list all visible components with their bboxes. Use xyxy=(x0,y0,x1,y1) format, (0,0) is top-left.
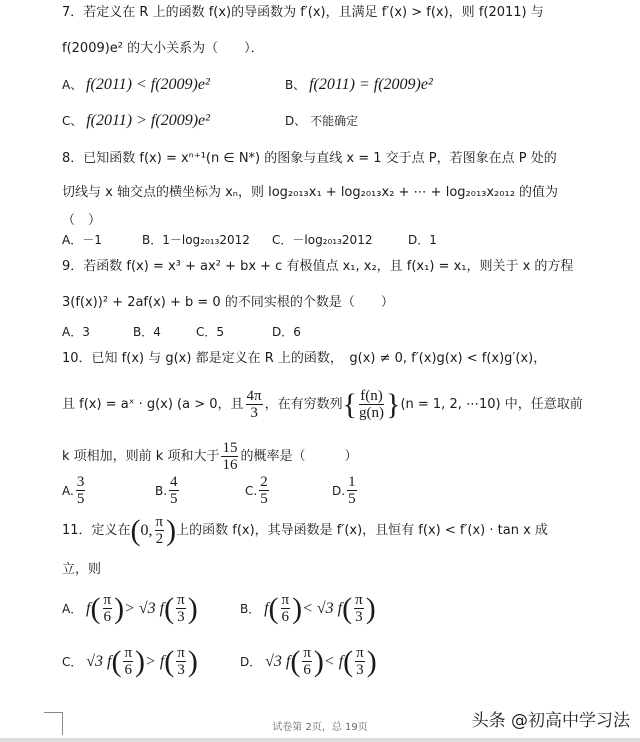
q9-stem-line2: 3(f(x))² + 2af(x) + b = 0 的不同实根的个数是（ ） xyxy=(62,294,394,312)
q8-stem-line1: 8．已知函数 f(x) = xⁿ⁺¹(n ∈ N*) 的图象与直线 x = 1 … xyxy=(62,150,557,168)
q7-option-d: D、 不能确定 xyxy=(285,112,358,130)
q10-option-a: A.35 xyxy=(62,474,87,507)
q8-stem-line2: 切线与 x 轴交点的横坐标为 xₙ，则 log₂₀₁₃x₁ + log₂₀₁₃x… xyxy=(62,184,558,202)
fraction-4pi-over-3: 4π3 xyxy=(246,388,263,421)
q11-option-c: C． √3 f (π6) > f (π3) xyxy=(62,645,198,678)
fraction-15-over-16: 1516 xyxy=(221,440,238,473)
q8-stem-line3: （ ） xyxy=(62,212,101,230)
fraction-fn-over-gn: f(n)g(n) xyxy=(359,388,384,421)
q8-option-b: B．1－log₂₀₁₃2012 xyxy=(142,231,250,249)
q9-option-d: D．6 xyxy=(272,323,301,341)
q7-stem-line1: 7．若定义在 R 上的函数 f(x)的导函数为 f′(x)，且满足 f′(x) … xyxy=(62,4,544,22)
q8-option-a: A．－1 xyxy=(62,231,102,249)
q11-option-a: A． f (π6) > √3 f (π3) xyxy=(62,592,198,625)
q10-stem-line2: 且 f(x) = aˣ · g(x) (a > 0，且 4π3 ，在有穷数列 {… xyxy=(62,388,583,421)
q10-stem-line1: 10．已知 f(x) 与 g(x) 都是定义在 R 上的函数， g(x) ≠ 0… xyxy=(62,350,546,368)
q9-option-c: C．5 xyxy=(196,323,224,341)
q11-option-b: B． f (π6) < √3 f (π3) xyxy=(240,592,376,625)
q11-option-d: D． √3 f (π6) < f (π3) xyxy=(240,645,377,678)
q11-stem-line2: 立，则 xyxy=(62,561,101,579)
q10-stem-line3: k 项相加，则前 k 项和大于 1516 的概率是（ ） xyxy=(62,440,357,473)
q10-option-d: D.15 xyxy=(332,474,359,507)
q8-option-d: D．1 xyxy=(408,231,437,249)
q10-option-b: B.45 xyxy=(155,474,181,507)
page-bottom-edge xyxy=(0,738,640,742)
q7-option-a: A、 f(2011) < f(2009)e² xyxy=(62,76,210,94)
fraction-pi-over-2: π2 xyxy=(155,514,165,547)
q7-option-b: B、 f(2011) = f(2009)e² xyxy=(285,76,433,94)
q7-stem-line2: f(2009)e² 的大小关系为（ ）． xyxy=(62,40,264,58)
q9-stem-line1: 9．若函数 f(x) = x³ + ax² + bx + c 有极值点 x₁, … xyxy=(62,258,573,276)
watermark: 头条 @初高中学习法 xyxy=(472,706,630,731)
q9-option-a: A．3 xyxy=(62,323,90,341)
q8-option-c: C．－log₂₀₁₃2012 xyxy=(272,231,372,249)
q7-option-c: C、 f(2011) > f(2009)e² xyxy=(62,112,210,130)
q11-stem-line1: 11．定义在 ( 0, π2 ) 上的函数 f(x)，其导函数是 f′(x)，且… xyxy=(62,514,548,547)
q9-option-b: B．4 xyxy=(133,323,161,341)
q10-option-c: C.25 xyxy=(245,474,271,507)
